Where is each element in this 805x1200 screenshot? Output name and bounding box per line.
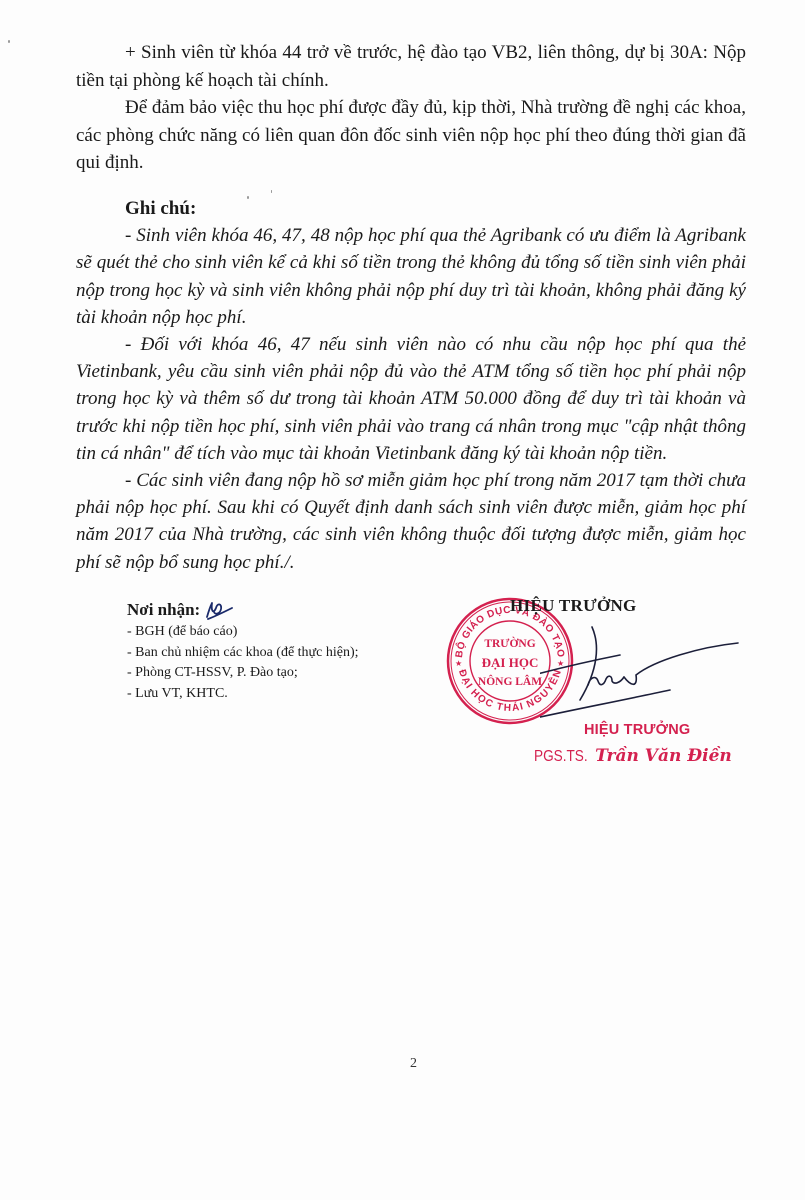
recipients-title-text: Nơi nhận: <box>127 598 200 622</box>
recipient-item: - BGH (để báo cáo) <box>127 622 359 643</box>
scan-speck <box>8 40 10 43</box>
recipients-block: Nơi nhận: - BGH (để báo cáo) - Ban chủ n… <box>127 598 359 704</box>
paragraph-payment-location: + Sinh viên từ khóa 44 trở về trước, hệ … <box>76 39 746 94</box>
document-page: + Sinh viên từ khóa 44 trở về trước, hệ … <box>0 0 805 1200</box>
stamp-inner-line: NÔNG LÂM <box>478 674 542 688</box>
svg-text:★: ★ <box>455 659 462 668</box>
recipient-item: - Phòng CT-HSSV, P. Đào tạo; <box>127 663 359 684</box>
signer-full-name: Trần Văn Điền <box>595 746 732 766</box>
body-paragraphs: + Sinh viên từ khóa 44 trở về trước, hệ … <box>76 39 746 177</box>
signer-rank: PGS.TS. <box>534 748 588 766</box>
note-fee-exemption: - Các sinh viên đang nộp hồ sơ miễn giảm… <box>76 467 746 576</box>
signer-name: PGS.TS. Trần Văn Điền <box>534 746 732 766</box>
page-number: 2 <box>410 1056 417 1072</box>
scan-speck <box>271 190 272 193</box>
note-vietinbank: - Đối với khóa 46, 47 nếu sinh viên nào … <box>76 331 746 467</box>
recipient-item: - Lưu VT, KHTC. <box>127 684 359 705</box>
stamped-signer-title: HIỆU TRƯỞNG <box>584 722 690 738</box>
notes-section: Ghi chú: - Sinh viên khóa 46, 47, 48 nộp… <box>76 195 746 576</box>
stamp-inner-line: ĐẠI HỌC <box>482 655 539 670</box>
handwritten-signature-icon <box>540 615 770 725</box>
signer-title: HIỆU TRƯỞNG <box>510 596 637 616</box>
note-agribank: - Sinh viên khóa 46, 47, 48 nộp học phí … <box>76 222 746 331</box>
recipients-title: Nơi nhận: <box>127 598 359 622</box>
recipient-item: - Ban chủ nhiệm các khoa (để thực hiện); <box>127 643 359 664</box>
handwritten-initials-icon <box>204 600 234 620</box>
stamp-inner-line: TRƯỜNG <box>484 636 535 650</box>
notes-title: Ghi chú: <box>76 195 746 222</box>
paragraph-request: Để đảm bảo việc thu học phí được đầy đủ,… <box>76 94 746 177</box>
